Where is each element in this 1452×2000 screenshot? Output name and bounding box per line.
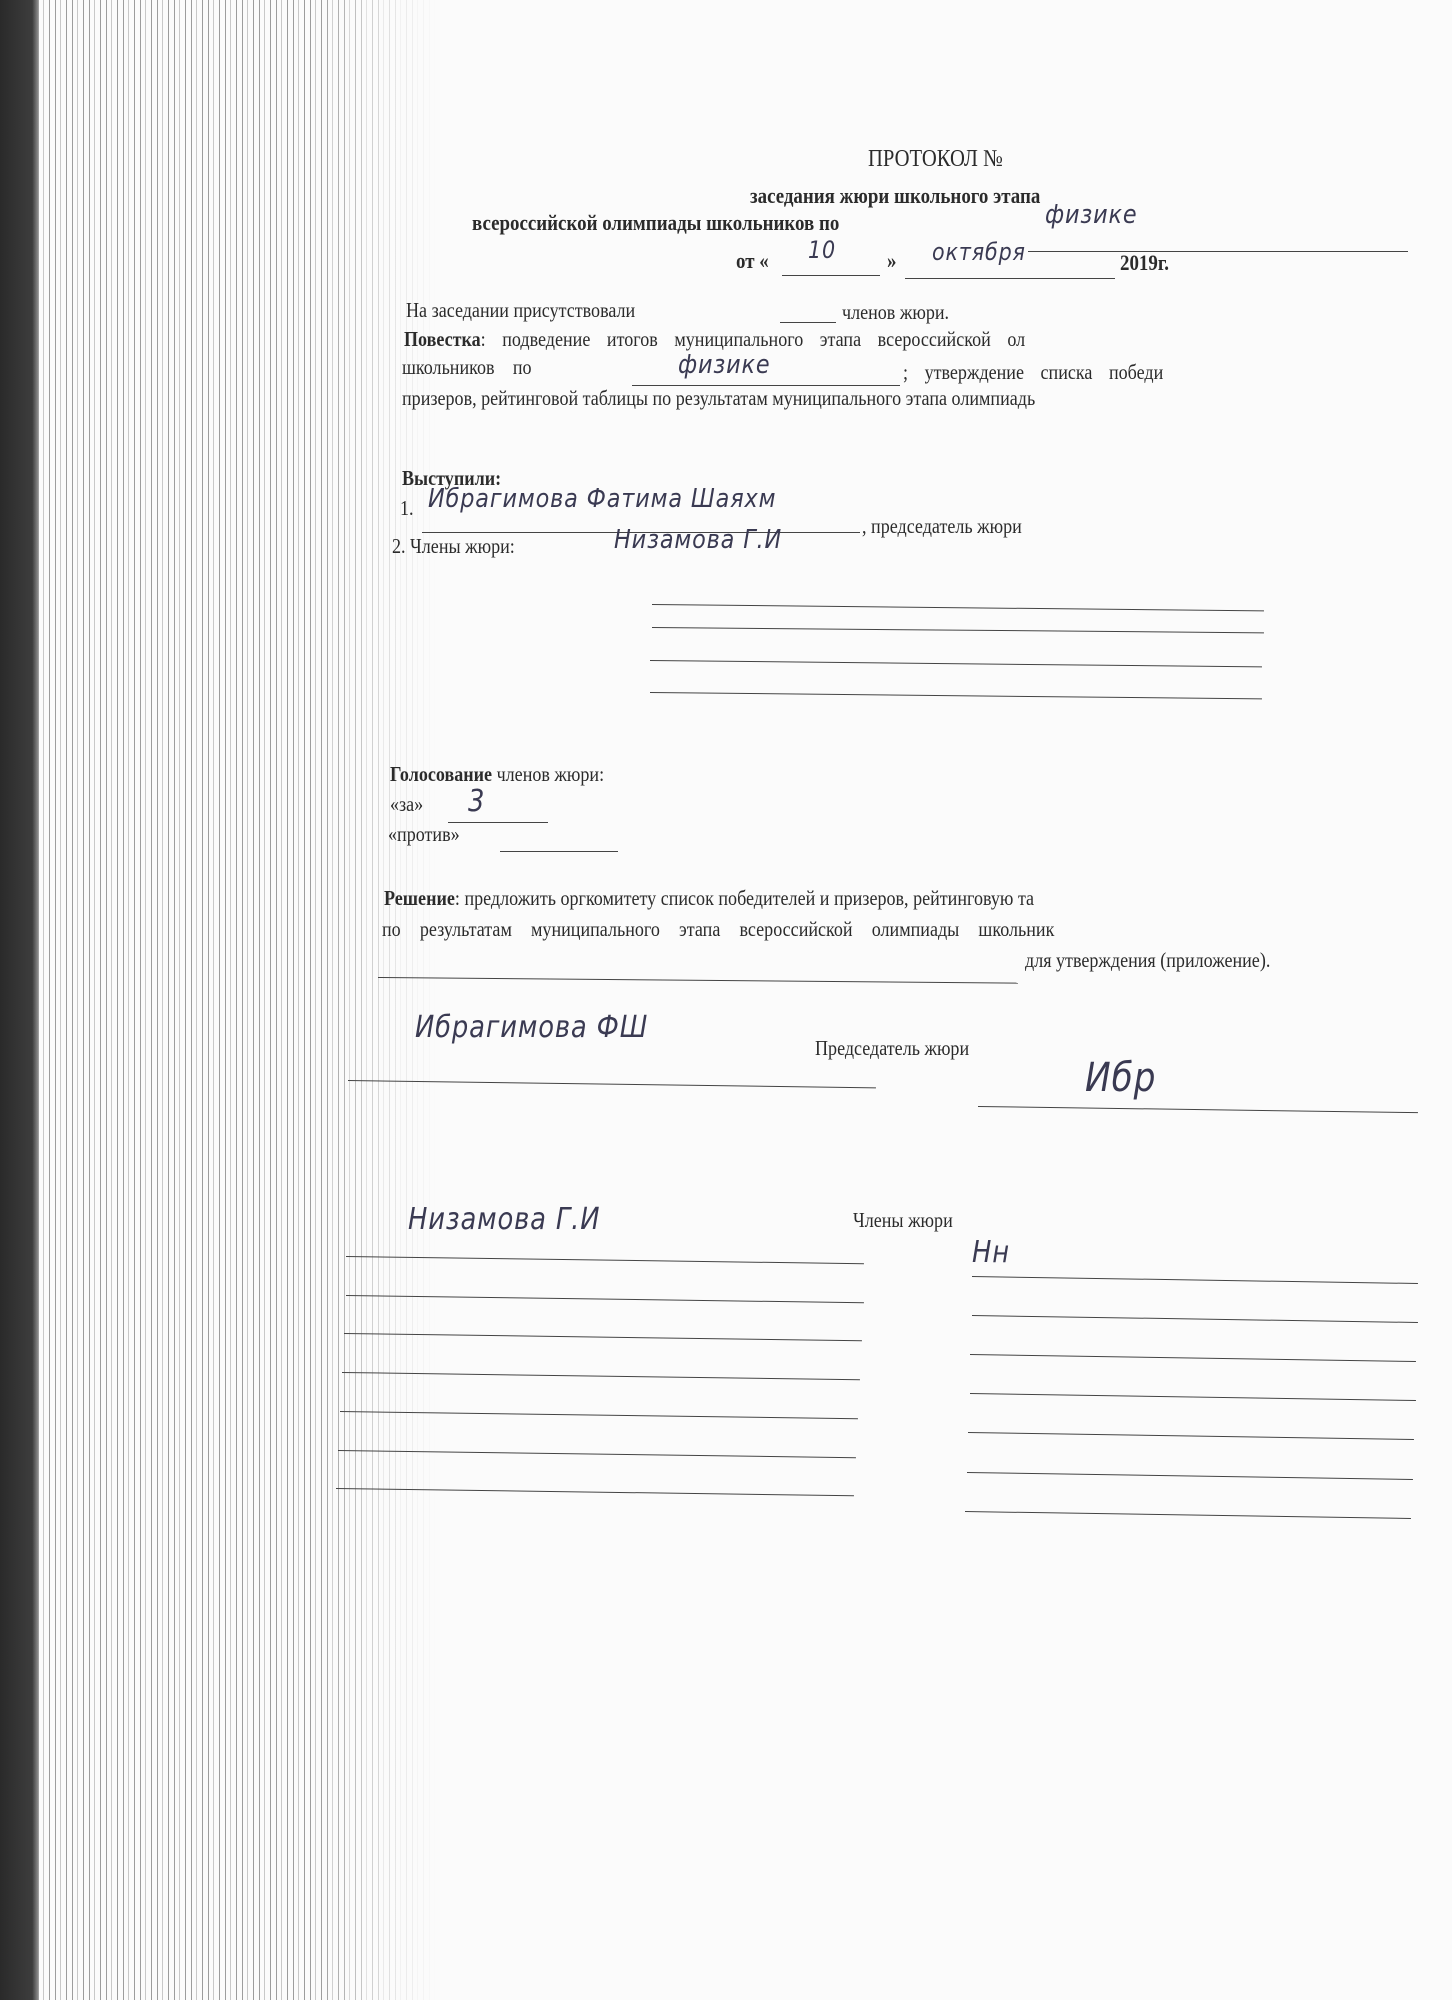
protocol-subtitle-2: всероссийской олимпиады школьников по [472, 210, 839, 236]
chair-label: Председатель жюри [815, 1036, 969, 1061]
vote-against-underline [500, 851, 618, 852]
scanner-streaks [38, 0, 438, 2000]
speaker-2-label: 2. Члены жюри: [392, 534, 515, 559]
decision-text-1: : предложить оргкомитету список победите… [455, 886, 1034, 910]
members-right-line-7[interactable] [965, 1511, 1411, 1519]
vote-for-label: «за» [390, 792, 423, 817]
voting-label-suffix: членов жюри: [497, 762, 605, 786]
speaker-1-name-field[interactable]: Ибрагимова Фатима Шаяхм [428, 484, 776, 514]
vote-against-label: «против» [388, 822, 460, 847]
member-line-2[interactable] [652, 627, 1264, 633]
scanner-edge-artifact [0, 0, 38, 2000]
decision-line-1: Решение: предложить оргкомитету список п… [384, 886, 1034, 911]
vote-for-field[interactable]: 3 [468, 784, 485, 819]
agenda-line-2-prefix: школьников по [402, 355, 532, 380]
agenda-line-3: призеров, рейтинговой таблицы по результ… [402, 386, 1035, 411]
date-month-field[interactable]: октября [932, 238, 1026, 266]
agenda-line-1: Повестка: подведение итогов муниципально… [404, 327, 1025, 352]
agenda-line-2-suffix: ; утверждение списка победи [903, 360, 1163, 385]
members-signature[interactable]: Нн [972, 1235, 1010, 1270]
voting-label: Голосование [390, 762, 492, 786]
attendance-suffix: членов жюри. [842, 300, 949, 325]
speaker-2-name-field[interactable]: Низамова Г.И [614, 525, 782, 555]
attendance-underline [780, 322, 836, 323]
decision-blank-line[interactable] [378, 977, 1018, 984]
members-right-line-4[interactable] [970, 1393, 1416, 1401]
date-day-field[interactable]: 10 [808, 236, 836, 264]
decision-label: Решение [384, 886, 455, 910]
decision-line-3-suffix: для утверждения (приложение). [1025, 948, 1270, 973]
speaker-1-number: 1. [400, 496, 414, 521]
protocol-subtitle-1: заседания жюри школьного этапа [750, 183, 1040, 209]
agenda-text-1: : подведение итогов муниципального этапа… [481, 327, 1025, 351]
attendance-prefix: На заседании присутствовали [406, 298, 635, 323]
subject-underline [1028, 251, 1408, 252]
date-year: 2019г. [1120, 250, 1169, 276]
voting-heading: Голосование членов жюри: [390, 762, 604, 787]
chair-name-field[interactable]: Ибрагимова ФШ [415, 1010, 648, 1045]
date-mid: » [887, 248, 896, 274]
members-right-line-6[interactable] [967, 1472, 1413, 1480]
chair-signature[interactable]: Ибр [1085, 1055, 1156, 1101]
members-label: Члены жюри [853, 1208, 953, 1233]
members-name-field[interactable]: Низамова Г.И [408, 1202, 600, 1237]
member-line-4[interactable] [650, 692, 1262, 699]
members-right-line-3[interactable] [970, 1354, 1416, 1362]
speaker-1-role: , председатель жюри [862, 514, 1022, 539]
member-line-3[interactable] [650, 660, 1262, 667]
agenda-subject-field[interactable]: физике [678, 350, 771, 380]
vote-for-underline [448, 822, 548, 823]
member-line-1[interactable] [652, 604, 1264, 611]
members-right-line-5[interactable] [968, 1432, 1414, 1440]
members-right-line-2[interactable] [972, 1315, 1418, 1323]
date-day-underline [782, 275, 880, 276]
agenda-label: Повестка [404, 327, 481, 351]
date-prefix: от « [736, 248, 769, 274]
subject-field[interactable]: физике [1045, 200, 1138, 230]
chair-signature-line[interactable] [978, 1106, 1418, 1113]
members-right-line-1[interactable] [972, 1276, 1418, 1284]
protocol-title: ПРОТОКОЛ № [868, 146, 1003, 173]
decision-line-2: по результатам муниципального этапа всер… [382, 917, 1054, 942]
date-month-underline [905, 278, 1115, 279]
